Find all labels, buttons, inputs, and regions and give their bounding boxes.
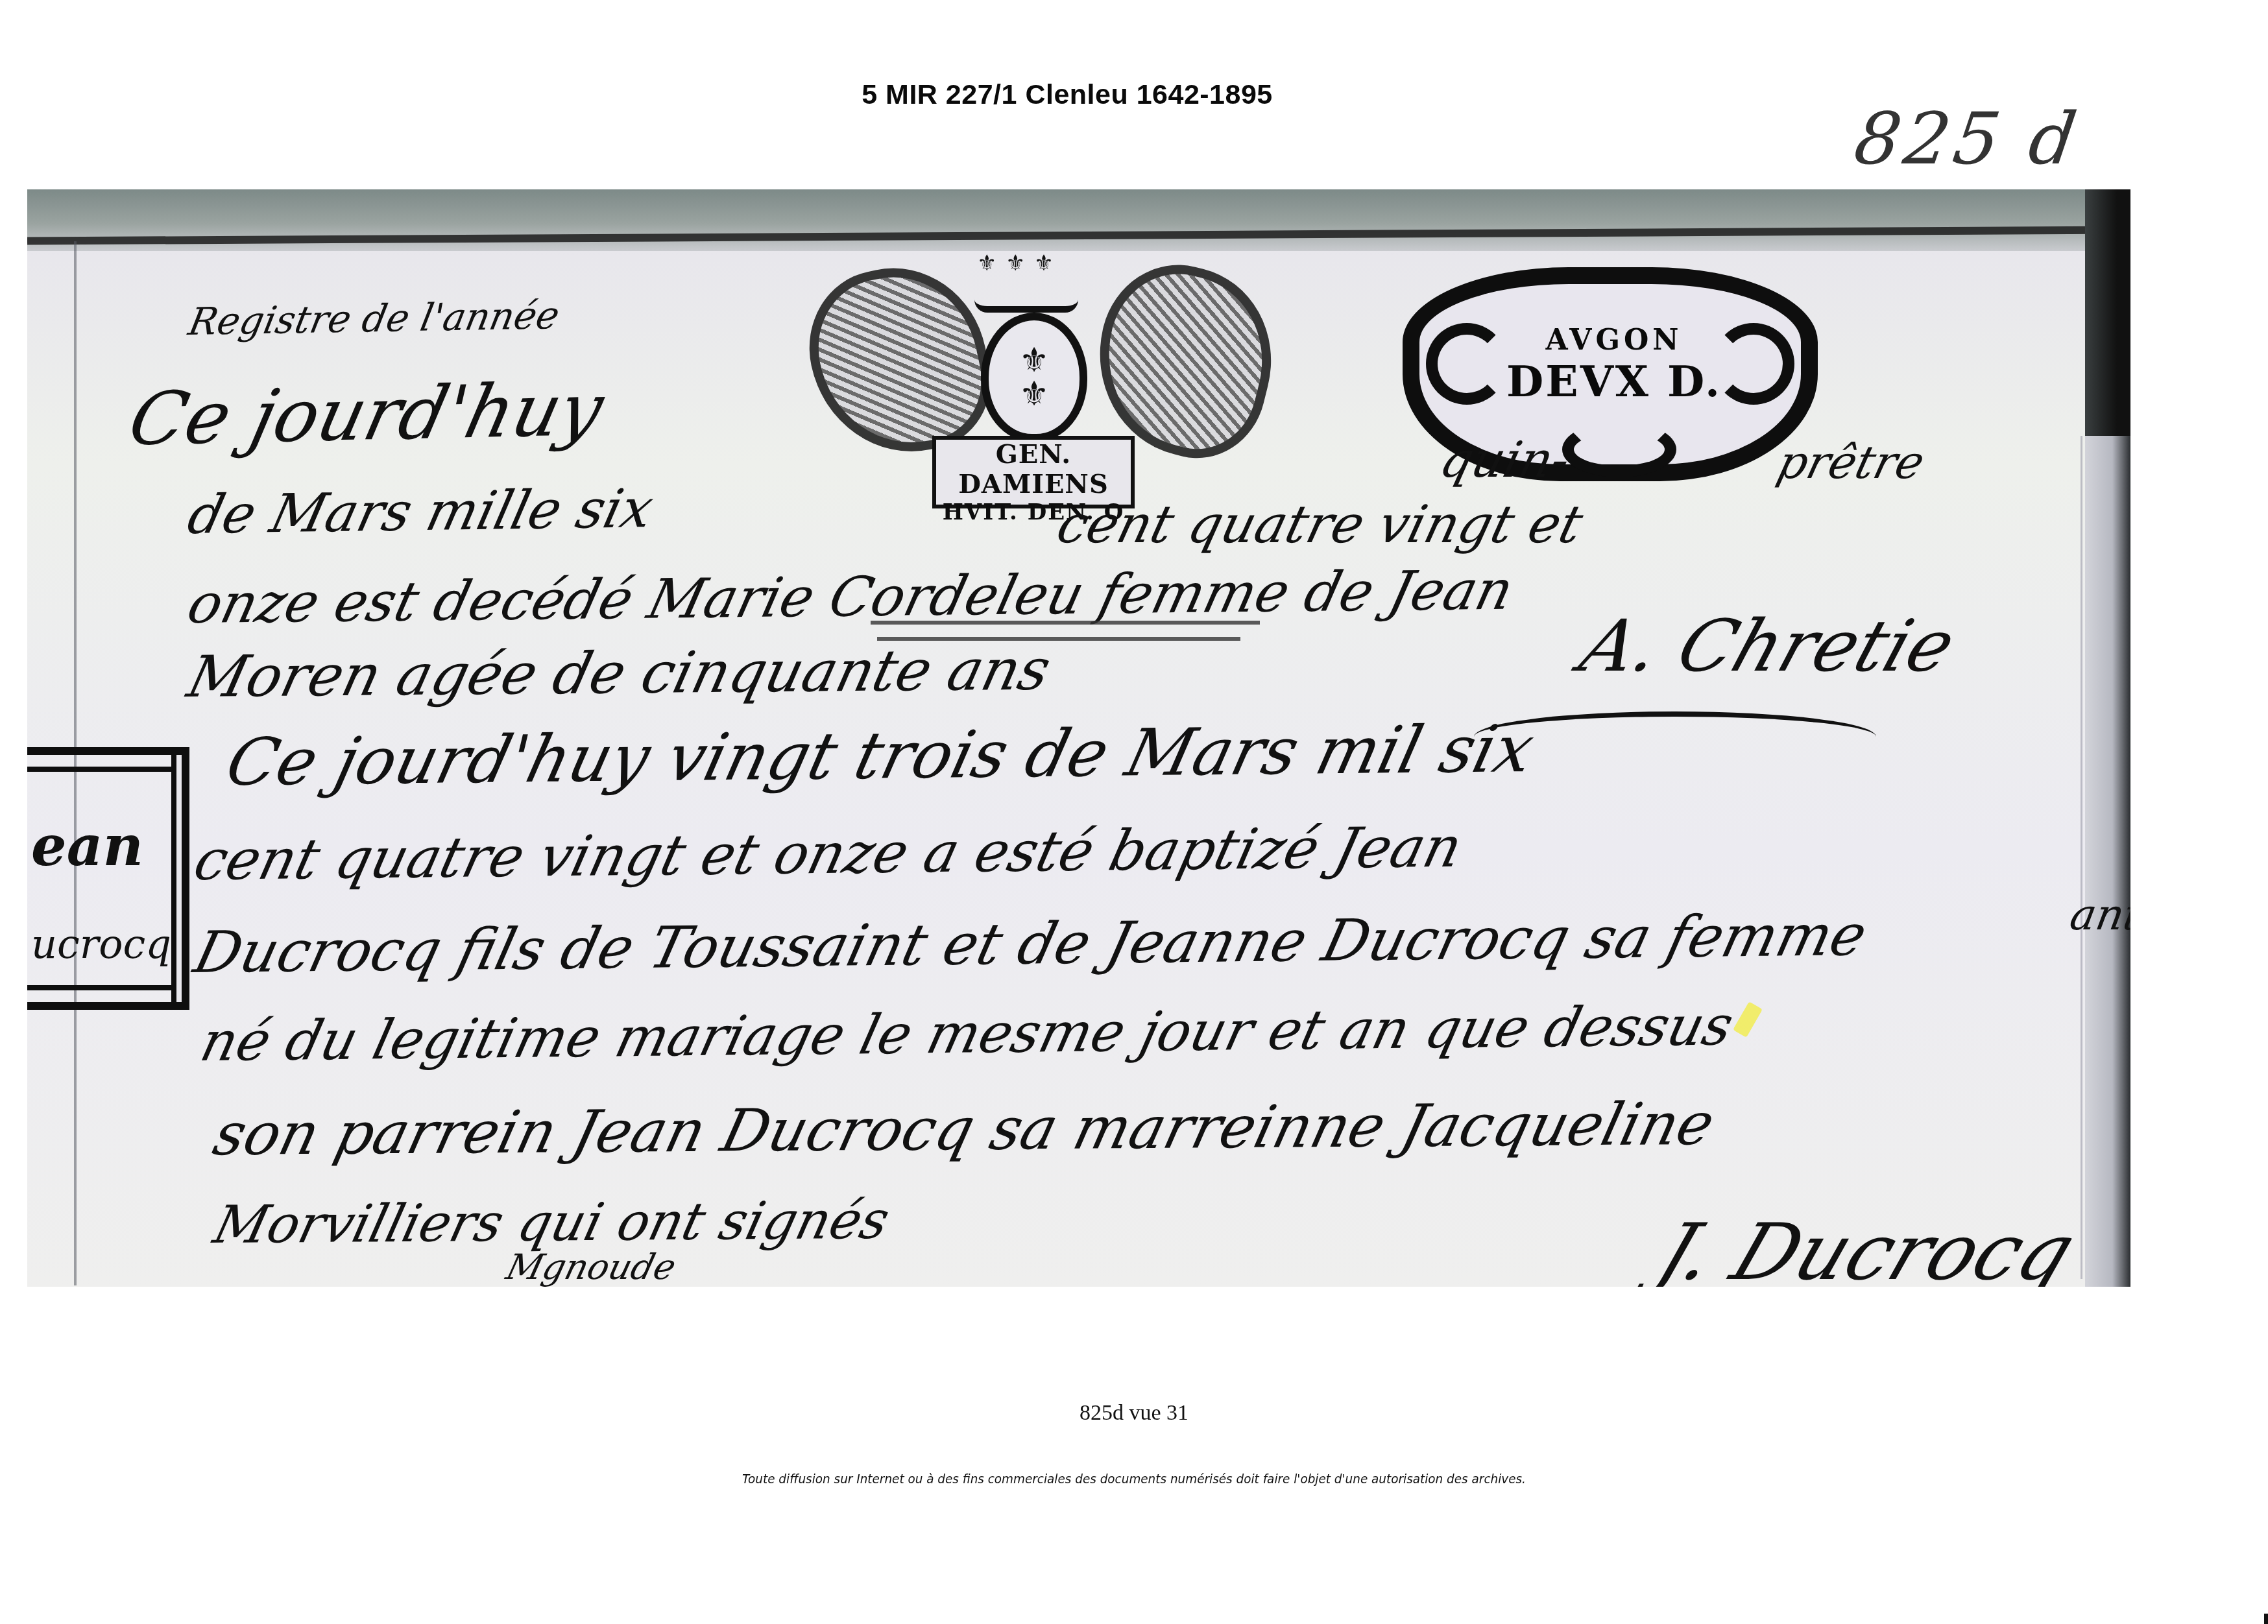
tax-stamp-line1: AVGON — [1497, 323, 1731, 358]
handwritten-line: cent quatre vingt et — [1051, 494, 1589, 555]
view-reference: 825d vue 31 — [0, 1401, 2268, 1426]
ornament-swirl-icon — [1426, 323, 1508, 405]
handwritten-line: son parrein Jean Ducrocq sa marreinne Ja… — [207, 1090, 1720, 1169]
bottom-signature: J. Ducrocq — [1646, 1208, 2087, 1287]
handwritten-line: prêtre — [1772, 436, 1930, 489]
handwritten-line: Registre de l'année — [185, 293, 563, 344]
strike-through-line — [871, 621, 1260, 625]
right-margin-rule — [2081, 436, 2082, 1279]
fleur-de-lis-icon: ⚜⚜ — [981, 313, 1087, 442]
handwritten-line: Morvilliers qui ont signés — [208, 1190, 895, 1255]
margin-note-line1: ean — [31, 813, 143, 879]
handwritten-line: né du legitime mariage le mesme jour et … — [195, 994, 1739, 1073]
manuscript-right-edge-dark — [2085, 189, 2130, 436]
handwritten-page-reference: 825 d — [1850, 97, 2085, 180]
handwritten-line: de Mars mille six — [182, 478, 659, 546]
witness-signature: Mgnoude — [502, 1247, 680, 1287]
handwritten-line: Ce jourd'huy vingt trois de Mars mil six — [219, 711, 1541, 800]
strike-through-line — [877, 637, 1240, 641]
tax-stamp-line2: DEVX D. — [1497, 358, 1731, 405]
scan-corner-mark — [2264, 1614, 2268, 1624]
handwritten-line: cent quatre vingt et onze a esté baptizé… — [188, 815, 1468, 893]
highlighter-mark — [1733, 1001, 1763, 1037]
margin-note-box: ean ucrocq — [27, 747, 189, 1010]
handwritten-line: Ce jourd'huy — [121, 367, 611, 462]
crown-icon — [974, 261, 1078, 313]
margin-note-line2: ucrocq — [31, 920, 171, 968]
priest-signature: A. Chretie — [1571, 604, 1965, 687]
handwritten-line: quin- — [1434, 431, 1576, 488]
generalite-stamp: ⚜⚜ GEN. DAMIENS HVIT. DEN. O — [793, 241, 1247, 527]
ornament-swirl-icon — [1562, 422, 1676, 477]
right-margin-fragment: ant — [2066, 890, 2130, 940]
handwritten-line: Moren agée de cinquante ans — [182, 636, 1057, 710]
document-title: 5 MIR 227/1 Clenleu 1642-1895 — [0, 79, 2134, 111]
handwritten-line: onze est decédé Marie Cordeleu femme de … — [182, 558, 1519, 636]
manuscript-image: ⚜⚜ GEN. DAMIENS HVIT. DEN. O AVGON DEVX … — [27, 189, 2130, 1287]
tax-stamp-text: AVGON DEVX D. — [1497, 323, 1731, 405]
handwritten-line: Ducrocq fils de Toussaint et de Jeanne D… — [188, 902, 1874, 986]
stamp-label-line1: GEN. DAMIENS — [936, 440, 1131, 499]
copyright-notice: Toute diffusion sur Internet ou à des fi… — [91, 1471, 2177, 1487]
